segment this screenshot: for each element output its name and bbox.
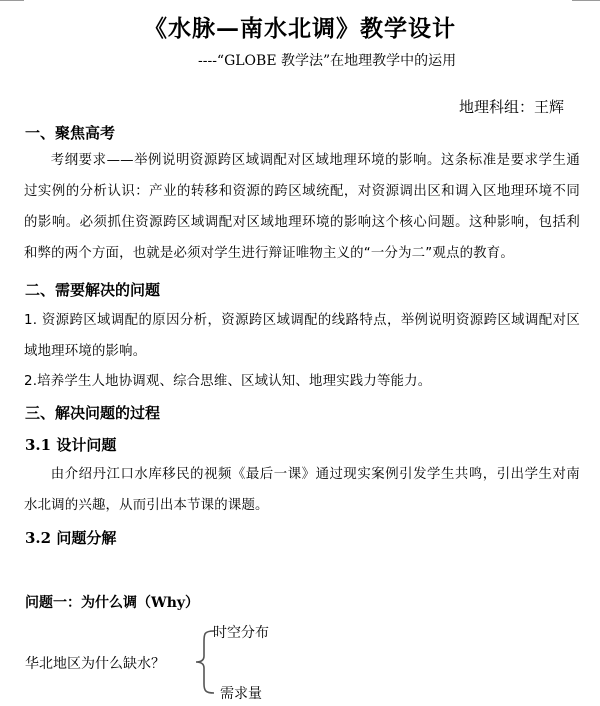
question-one-branch-2: 需求量 xyxy=(220,683,262,703)
section-1-heading: 一、聚焦高考 xyxy=(25,122,115,143)
section-3-heading: 三、解决问题的过程 xyxy=(25,402,160,423)
section-1-paragraph: 考纲要求——举例说明资源跨区域调配对区域地理环境的影响。这条标准是要求学生通过实… xyxy=(24,145,580,269)
question-one-question: 华北地区为什么缺水？ xyxy=(25,653,165,673)
document-subtitle: ----“GLOBE 教学法”在地理教学中的运用 xyxy=(198,50,456,70)
document-title: 《水脉—南水北调》教学设计 xyxy=(0,10,600,43)
document-author: 地理科组：王辉 xyxy=(459,96,564,117)
page-corner-mark-right xyxy=(572,0,600,1)
section-2-item-2: 2.培养学生人地协调观、综合思维、区域认知、地理实践力等能力。 xyxy=(24,366,580,397)
section-2-item-1: 1. 资源跨区域调配的原因分析，资源跨区域调配的线路特点，举例说明资源跨区域调配… xyxy=(24,305,580,367)
subsection-3-1-heading: 3.1 设计问题 xyxy=(25,434,116,455)
subsection-3-2-heading: 3.2 问题分解 xyxy=(25,527,116,548)
subsection-3-1-paragraph: 由介绍丹江口水库移民的视频《最后一课》通过现实案例引发学生共鸣，引出学生对南水北… xyxy=(24,459,580,521)
question-one-branch-1: 时空分布 xyxy=(213,622,269,642)
question-one-title: 问题一：为什么调（Why） xyxy=(25,592,199,612)
section-2-heading: 二、需要解决的问题 xyxy=(25,279,160,300)
page-corner-mark-left xyxy=(0,0,24,1)
